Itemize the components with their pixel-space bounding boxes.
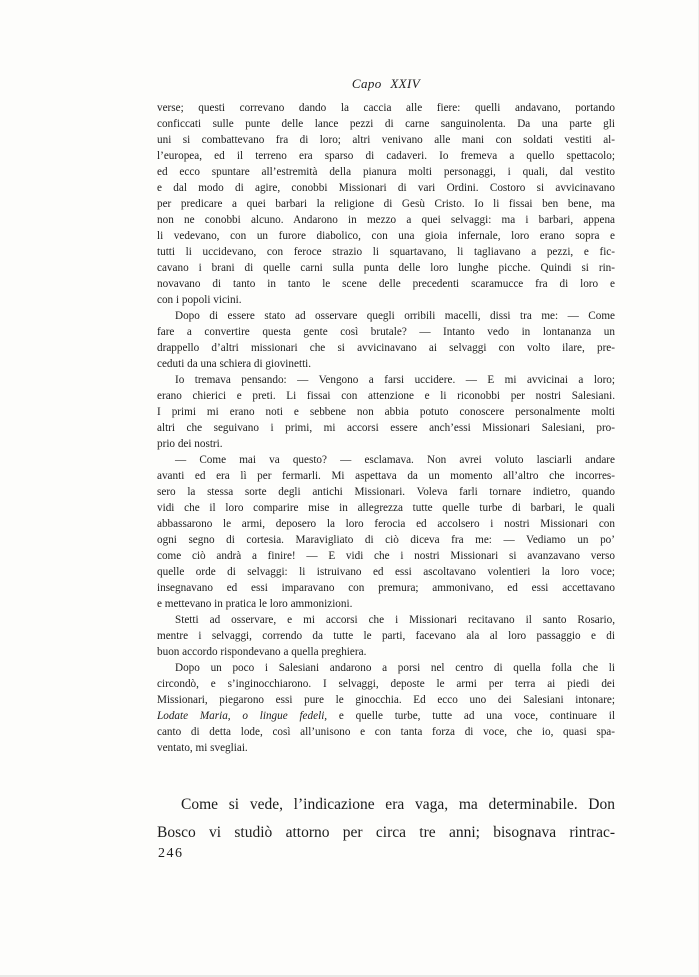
text-line: Dopo di essere stato ad osservare quegli… (157, 308, 615, 324)
body-text: verse; questi correvano dando la caccia … (157, 100, 615, 756)
text-line: Io tremava pensando: — Vengono a farsi u… (157, 372, 615, 388)
text-line: Lodate Maria, o lingue fedeli, e quelle … (157, 708, 615, 724)
text-line: Come si vede, l’indicazione era vaga, ma… (157, 791, 615, 819)
text-line: l’europea, ed il terreno era sparso di c… (157, 148, 615, 164)
text-line: Bosco vi studiò attorno per circa tre an… (157, 819, 615, 847)
text-line: novavano di tanto in tanto le scene dell… (157, 276, 615, 292)
text-line: erano chierici e preti. Li fissai con at… (157, 388, 615, 404)
book-page: Capo XXIV verse; questi correvano dando … (0, 0, 699, 977)
text-line: e mettevano in pratica le loro ammonizio… (157, 596, 615, 612)
italic-hymn-title: Lodate Maria, o lingue fedeli, (157, 710, 327, 722)
text-line: tutti li uccidevano, con feroce strazio … (157, 244, 615, 260)
text-line: uni si combattevano fra di loro; altri v… (157, 132, 615, 148)
paragraph: Dopo un poco i Salesiani andarono a pors… (157, 660, 615, 756)
paragraph: Dopo di essere stato ad osservare quegli… (157, 308, 615, 372)
text-line: I primi mi erano noti e sebbene non abbi… (157, 404, 615, 420)
text-line: quelle orde di selvaggi: li istruivano e… (157, 564, 615, 580)
text-line: Dopo un poco i Salesiani andarono a pors… (157, 660, 615, 676)
text-line: mentre i selvaggi, correndo da tutte le … (157, 628, 615, 644)
text-line: buon accordo rispondevano a quella pregh… (157, 644, 615, 660)
text-line: ogni segno di cortesia. Maravigliato di … (157, 532, 615, 548)
text-line: — Come mai va questo? — esclamava. Non a… (157, 452, 615, 468)
paragraph: verse; questi correvano dando la caccia … (157, 100, 615, 308)
text-line: conficcati sulle punte delle lance pezzi… (157, 116, 615, 132)
text-line: verse; questi correvano dando la caccia … (157, 100, 615, 116)
paragraph: Come si vede, l’indicazione era vaga, ma… (157, 791, 615, 846)
text-line: e dal modo di agire, conobbi Missionari … (157, 180, 615, 196)
text-line: fare a convertire questa gente così brut… (157, 324, 615, 340)
text-line: Missionari, piegarono essi pure le ginoc… (157, 692, 615, 708)
paragraph: Stetti ad osservare, e mi accorsi che i … (157, 612, 615, 660)
paragraph: Io tremava pensando: — Vengono a farsi u… (157, 372, 615, 452)
text-line: insegnavano ed essi imparavano con premu… (157, 580, 615, 596)
text-line: avanti ed era lì per fermarli. Mi aspett… (157, 468, 615, 484)
text-line: altri che seguivano i primi, mi accorsi … (157, 420, 615, 436)
page-number: 246 (158, 846, 184, 862)
paragraph: — Come mai va questo? — esclamava. Non a… (157, 452, 615, 612)
text-line: abbassarono le armi, deposero la loro fe… (157, 516, 615, 532)
text-line: per predicare a quei barbari la religion… (157, 196, 615, 212)
text-line: prio dei nostri. (157, 436, 615, 452)
text-line: non ne conobbi alcuno. Andarono in mezzo… (157, 212, 615, 228)
text-line: sero la stessa sorte degli antichi Missi… (157, 484, 615, 500)
text-line: circondò, e s’inginocchiarono. I selvagg… (157, 676, 615, 692)
text-line: drappello d’altri missionari che si avvi… (157, 340, 615, 356)
text-line: li vedevano, con un furore diabolico, co… (157, 228, 615, 244)
text-line: con i popoli vicini. (157, 292, 615, 308)
text-line: canto di detta lode, così all’unisono e … (157, 724, 615, 740)
text-line: ed ecco spuntare all’estremità della pia… (157, 164, 615, 180)
text-line: ventato, mi svegliai. (157, 740, 615, 756)
chapter-heading: Capo XXIV (157, 76, 615, 92)
text-line: cavano i brani di quelle carni sulla pun… (157, 260, 615, 276)
closing-text: Come si vede, l’indicazione era vaga, ma… (157, 791, 615, 846)
text-line: come ciò andrà a finire! — E vidi che i … (157, 548, 615, 564)
text-line: Stetti ad osservare, e mi accorsi che i … (157, 612, 615, 628)
text-line: vidi che il loro comparire mise in alleg… (157, 500, 615, 516)
text-line: ceduti da una schiera di giovinetti. (157, 356, 615, 372)
